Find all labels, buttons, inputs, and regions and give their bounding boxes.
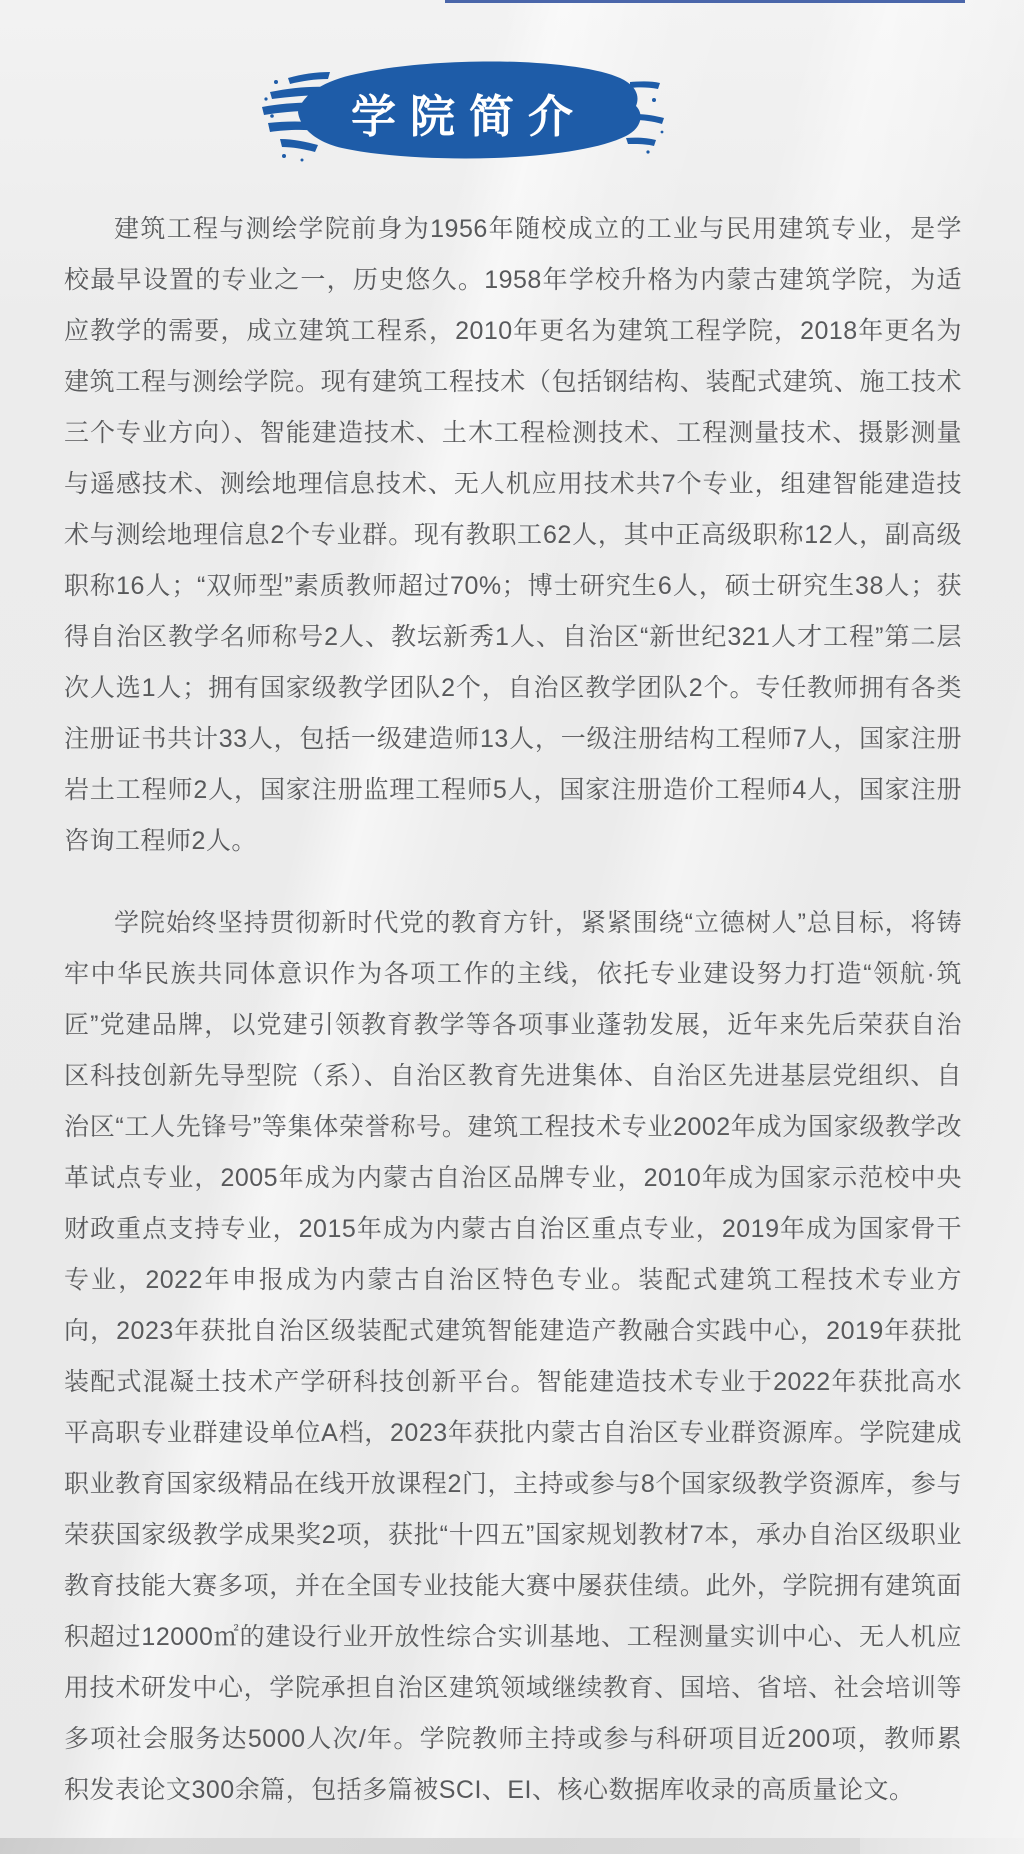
next-section-edge	[0, 1838, 860, 1854]
intro-paragraph-2: 学院始终坚持贯彻新时代党的教育方针，紧紧围绕“立德树人”总目标，将铸牢中华民族共…	[64, 898, 962, 1816]
intro-content: 建筑工程与测绘学院前身为1956年随校成立的工业与民用建筑专业，是学校最早设置的…	[64, 204, 962, 1847]
intro-paragraph-1: 建筑工程与测绘学院前身为1956年随校成立的工业与民用建筑专业，是学校最早设置的…	[64, 204, 962, 867]
section-title-banner: 学院简介	[258, 50, 666, 170]
top-accent-line	[445, 0, 965, 3]
next-section-edge-fade	[860, 1838, 1024, 1854]
section-title: 学院简介	[258, 80, 666, 145]
